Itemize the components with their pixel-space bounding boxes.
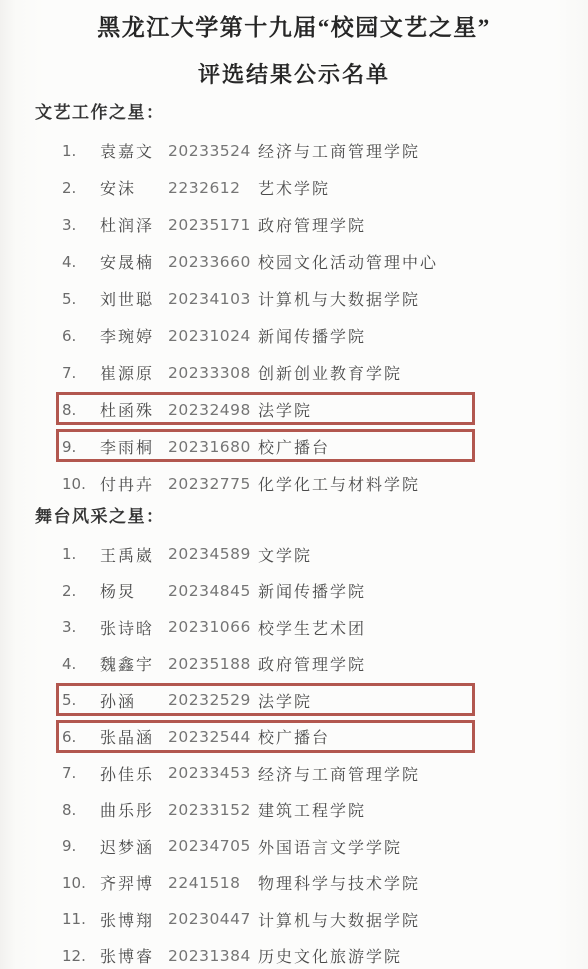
row-index: 6. <box>58 728 100 746</box>
student-name: 付冉卉 <box>100 472 168 495</box>
student-id: 20233524 <box>168 142 258 160</box>
row-index: 11. <box>58 910 100 928</box>
student-name: 袁嘉文 <box>100 139 168 162</box>
row-index: 10. <box>58 475 100 493</box>
row-index: 3. <box>58 216 100 234</box>
row-index: 6. <box>58 327 100 345</box>
college-name: 校广播台 <box>258 725 330 748</box>
student-name: 曲乐彤 <box>100 798 168 821</box>
table-row: 7.崔源原20233308创新创业教育学院 <box>58 354 588 391</box>
table-row: 12.张博睿20231384历史文化旅游学院 <box>58 938 588 969</box>
table-row: 6.李琬婷20231024新闻传播学院 <box>58 317 588 354</box>
college-name: 化学化工与材料学院 <box>258 472 420 495</box>
college-name: 法学院 <box>258 398 312 421</box>
row-index: 8. <box>58 801 100 819</box>
student-name: 张诗晗 <box>100 616 168 639</box>
student-name: 崔源原 <box>100 361 168 384</box>
college-name: 新闻传播学院 <box>258 579 366 602</box>
section-heading: 舞台风采之星： <box>0 505 588 529</box>
row-index: 5. <box>58 290 100 308</box>
row-index: 2. <box>58 582 100 600</box>
document-page: 黑龙江大学第十九届“校园文艺之星” 评选结果公示名单 文艺工作之星：1.袁嘉文2… <box>0 0 588 969</box>
student-id: 20235171 <box>168 216 258 234</box>
student-name: 李雨桐 <box>100 435 168 458</box>
row-index: 1. <box>58 545 100 563</box>
student-name: 张博睿 <box>100 944 168 967</box>
student-name: 安晟楠 <box>100 250 168 273</box>
row-index: 12. <box>58 947 100 965</box>
student-id: 2232612 <box>168 179 258 197</box>
student-id: 20232498 <box>168 401 258 419</box>
college-name: 法学院 <box>258 689 312 712</box>
student-name: 刘世聪 <box>100 287 168 310</box>
college-name: 物理科学与技术学院 <box>258 871 420 894</box>
row-index: 7. <box>58 364 100 382</box>
student-id: 20231680 <box>168 438 258 456</box>
student-id: 20232544 <box>168 728 258 746</box>
student-id: 20235188 <box>168 655 258 673</box>
section-heading: 文艺工作之星： <box>0 101 588 125</box>
student-id: 20231024 <box>168 327 258 345</box>
college-name: 外国语言文学学院 <box>258 835 402 858</box>
table-row-highlighted: 9.李雨桐20231680校广播台 <box>58 428 588 465</box>
college-name: 艺术学院 <box>258 176 330 199</box>
student-id: 20234705 <box>168 837 258 855</box>
student-id: 20232775 <box>168 475 258 493</box>
table-row: 7.孙佳乐20233453经济与工商管理学院 <box>58 755 588 792</box>
row-index: 1. <box>58 142 100 160</box>
table-row: 1.袁嘉文20233524经济与工商管理学院 <box>58 132 588 169</box>
student-name: 杨炅 <box>100 579 168 602</box>
college-name: 经济与工商管理学院 <box>258 139 420 162</box>
student-id: 20233453 <box>168 764 258 782</box>
student-id: 20233660 <box>168 253 258 271</box>
student-name: 安沫 <box>100 176 168 199</box>
student-id: 2241518 <box>168 874 258 892</box>
table-row: 2.杨炅20234845新闻传播学院 <box>58 573 588 610</box>
student-id: 20233308 <box>168 364 258 382</box>
student-id: 20234845 <box>168 582 258 600</box>
college-name: 创新创业教育学院 <box>258 361 402 384</box>
table-row-highlighted: 5.孙涵20232529法学院 <box>58 682 588 719</box>
student-name: 李琬婷 <box>100 324 168 347</box>
student-name: 齐羿博 <box>100 871 168 894</box>
table-row-highlighted: 6.张晶涵20232544校广播台 <box>58 719 588 756</box>
student-id: 20234103 <box>168 290 258 308</box>
row-index: 4. <box>58 655 100 673</box>
student-id: 20231384 <box>168 947 258 965</box>
student-name: 杜函殊 <box>100 398 168 421</box>
student-name: 张博翔 <box>100 908 168 931</box>
table-row: 9.迟梦涵20234705外国语言文学学院 <box>58 828 588 865</box>
table-row: 1.王禹崴20234589文学院 <box>58 536 588 573</box>
student-id: 20234589 <box>168 545 258 563</box>
college-name: 文学院 <box>258 543 312 566</box>
college-name: 政府管理学院 <box>258 652 366 675</box>
student-name: 张晶涵 <box>100 725 168 748</box>
student-id: 20233152 <box>168 801 258 819</box>
table-row: 10.付冉卉20232775化学化工与材料学院 <box>58 465 588 502</box>
college-name: 校学生艺术团 <box>258 616 366 639</box>
section-rows: 1.袁嘉文20233524经济与工商管理学院2.安沫2232612艺术学院3.杜… <box>58 132 588 502</box>
table-row-highlighted: 8.杜函殊20232498法学院 <box>58 391 588 428</box>
student-name: 魏鑫宇 <box>100 652 168 675</box>
college-name: 新闻传播学院 <box>258 324 366 347</box>
student-name: 孙涵 <box>100 689 168 712</box>
table-row: 4.安晟楠20233660校园文化活动管理中心 <box>58 243 588 280</box>
student-id: 20232529 <box>168 691 258 709</box>
college-name: 经济与工商管理学院 <box>258 762 420 785</box>
college-name: 计算机与大数据学院 <box>258 287 420 310</box>
college-name: 历史文化旅游学院 <box>258 944 402 967</box>
table-row: 11.张博翔20230447计算机与大数据学院 <box>58 901 588 938</box>
row-index: 9. <box>58 837 100 855</box>
college-name: 计算机与大数据学院 <box>258 908 420 931</box>
section-rows: 1.王禹崴20234589文学院2.杨炅20234845新闻传播学院3.张诗晗2… <box>58 536 588 969</box>
row-index: 4. <box>58 253 100 271</box>
row-index: 9. <box>58 438 100 456</box>
row-index: 7. <box>58 764 100 782</box>
table-row: 2.安沫2232612艺术学院 <box>58 169 588 206</box>
table-row: 4.魏鑫宇20235188政府管理学院 <box>58 646 588 683</box>
student-id: 20230447 <box>168 910 258 928</box>
student-id: 20231066 <box>168 618 258 636</box>
student-name: 孙佳乐 <box>100 762 168 785</box>
results-list: 文艺工作之星：1.袁嘉文20233524经济与工商管理学院2.安沫2232612… <box>0 101 588 969</box>
college-name: 建筑工程学院 <box>258 798 366 821</box>
student-name: 杜润泽 <box>100 213 168 236</box>
table-row: 8.曲乐彤20233152建筑工程学院 <box>58 792 588 829</box>
student-name: 王禹崴 <box>100 543 168 566</box>
student-name: 迟梦涵 <box>100 835 168 858</box>
row-index: 5. <box>58 691 100 709</box>
table-row: 5.刘世聪20234103计算机与大数据学院 <box>58 280 588 317</box>
row-index: 8. <box>58 401 100 419</box>
college-name: 校园文化活动管理中心 <box>258 250 438 273</box>
document-subtitle: 评选结果公示名单 <box>0 60 588 90</box>
document-title: 黑龙江大学第十九届“校园文艺之星” <box>0 12 588 44</box>
row-index: 2. <box>58 179 100 197</box>
table-row: 3.张诗晗20231066校学生艺术团 <box>58 609 588 646</box>
row-index: 10. <box>58 874 100 892</box>
college-name: 政府管理学院 <box>258 213 366 236</box>
table-row: 10.齐羿博2241518物理科学与技术学院 <box>58 865 588 902</box>
table-row: 3.杜润泽20235171政府管理学院 <box>58 206 588 243</box>
row-index: 3. <box>58 618 100 636</box>
college-name: 校广播台 <box>258 435 330 458</box>
